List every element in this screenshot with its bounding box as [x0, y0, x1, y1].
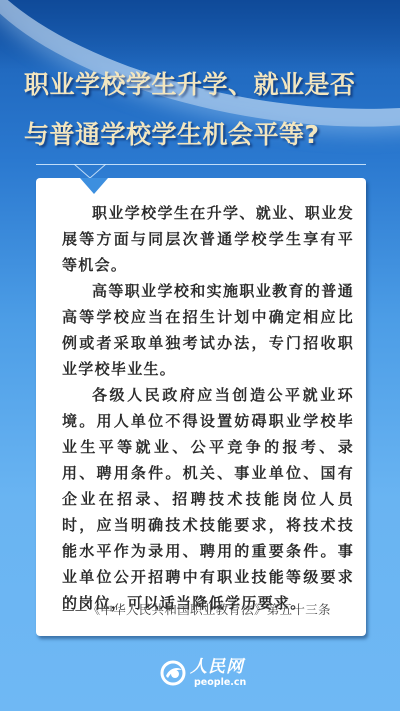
card-body: 职业学校学生在升学、就业、职业发展等方面与同层次普通学校学生享有平等机会。 高等… — [62, 200, 354, 616]
logo-name-en: people.cn — [194, 678, 246, 688]
law-citation: ——《中华人民共和国职业教育法》第五十三条 — [62, 600, 362, 618]
card-notch-icon — [80, 178, 108, 194]
paragraph-2: 高等职业学校和实施职业教育的普通高等学校应当在招生计划中确定相应比例或者采取单独… — [62, 278, 354, 382]
page-title: 职业学校学生升学、就业是否 与普通学校学生机会平等? — [24, 60, 394, 160]
paragraph-1: 职业学校学生在升学、就业、职业发展等方面与同层次普通学校学生享有平等机会。 — [62, 200, 354, 278]
paragraph-3: 各级人民政府应当创造公平就业环境。用人单位不得设置妨碍职业学校毕业生平等就业、公… — [62, 382, 354, 616]
title-line-1: 职业学校学生升学、就业是否 — [24, 60, 394, 110]
people-daily-logo-icon — [160, 660, 186, 686]
logo-name-cn: 人民网 — [190, 659, 246, 676]
title-line-2: 与普通学校学生机会平等? — [24, 110, 394, 160]
people-daily-logo: 人民网 people.cn — [160, 655, 260, 691]
